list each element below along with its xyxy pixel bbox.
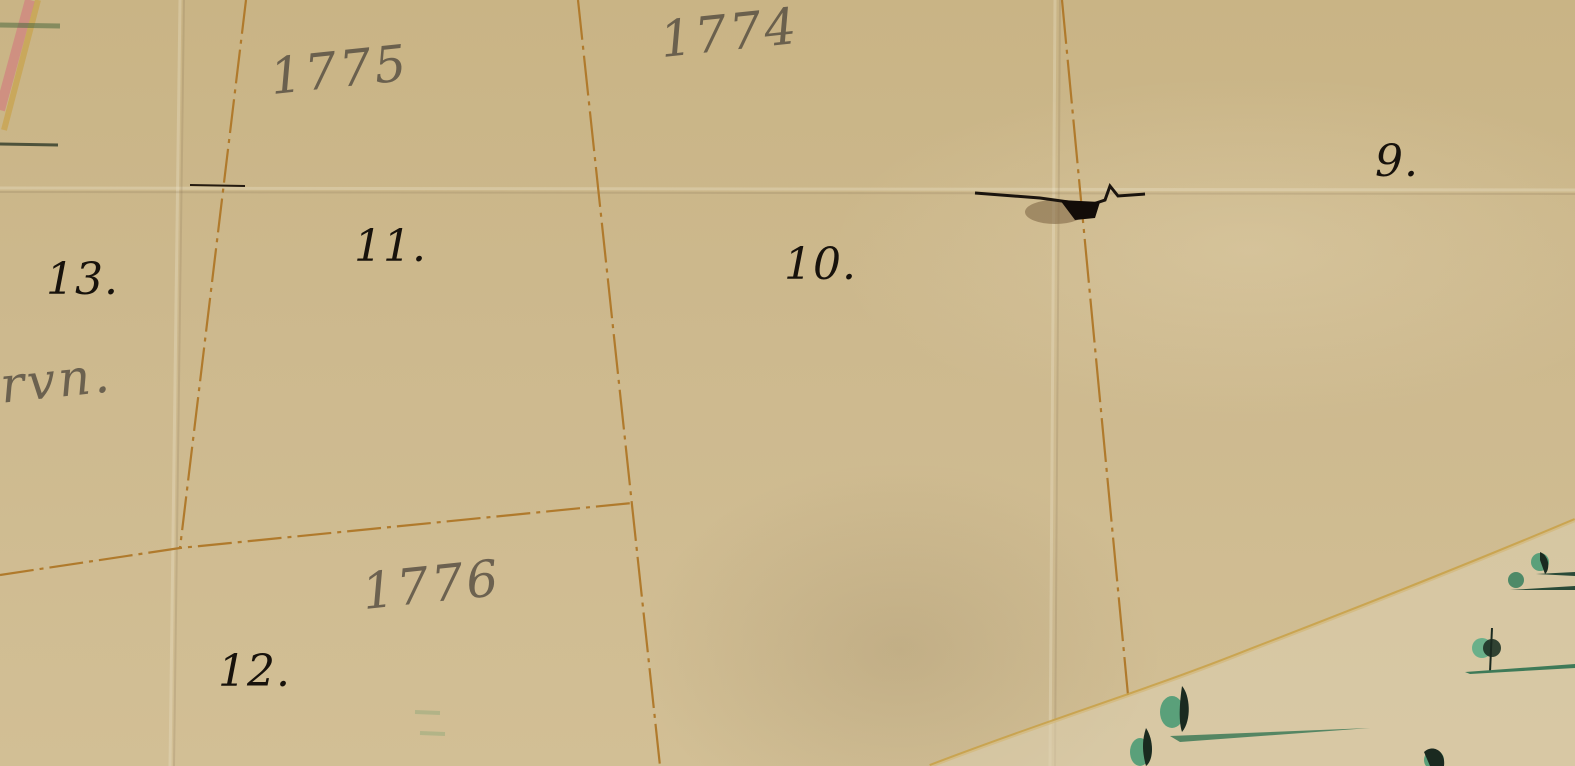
pencil-annotation-1776: 1776 xyxy=(360,553,504,617)
cadastral-map: 13. 11. 10. 9. 12. 1775 1774 1776 rvn. xyxy=(0,0,1575,766)
parcel-number-13: 13. xyxy=(46,258,119,302)
green-stroke xyxy=(0,25,60,26)
pencil-annotation-1774: 1774 xyxy=(658,1,802,65)
parcel-boundaries xyxy=(0,0,1128,766)
parcel-number-9: 9. xyxy=(1375,140,1419,184)
parcel-number-11: 11. xyxy=(354,225,427,269)
pencil-annotation-1775: 1775 xyxy=(268,38,412,102)
pencil-annotation-left: rvn. xyxy=(0,349,115,410)
parcel-number-10: 10. xyxy=(784,243,857,287)
parcel-number-12: 12. xyxy=(218,650,291,694)
paper-tear xyxy=(975,186,1145,224)
